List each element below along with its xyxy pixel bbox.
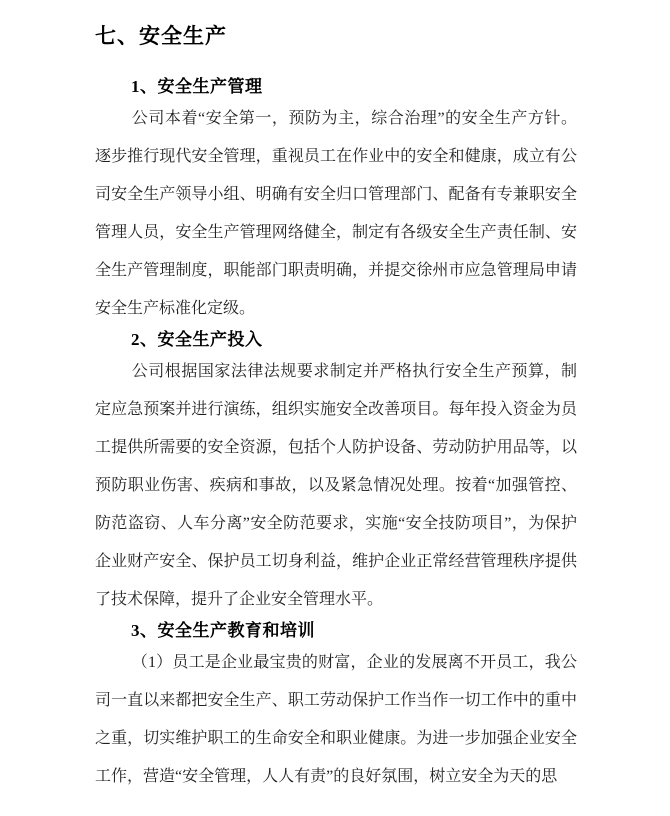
section-1-heading: 1、安全生产管理 <box>131 78 577 96</box>
section-safety-management: 1、安全生产管理 公司本着“安全第一，预防为主，综合治理”的安全生产方针。逐步推… <box>95 78 577 328</box>
section-1-paragraph: 公司本着“安全第一，预防为主，综合治理”的安全生产方针。逐步推行现代安全管理，重… <box>95 100 577 328</box>
section-safety-education: 3、安全生产教育和培训 （1）员工是企业最宝贵的财富，企业的发展离不开员工，我公… <box>95 622 577 796</box>
section-safety-investment: 2、安全生产投入 公司根据国家法律法规要求制定并严格执行安全生产预算，制定应急预… <box>95 331 577 619</box>
page-title: 七、安全生产 <box>95 24 577 50</box>
section-2-heading: 2、安全生产投入 <box>131 331 577 349</box>
document-page: 七、安全生产 1、安全生产管理 公司本着“安全第一，预防为主，综合治理”的安全生… <box>0 0 670 816</box>
section-3-paragraph: （1）员工是企业最宝贵的财富，企业的发展离不开员工，我公司一直以来都把安全生产、… <box>95 644 577 796</box>
section-2-paragraph: 公司根据国家法律法规要求制定并严格执行安全生产预算，制定应急预案并进行演练，组织… <box>95 353 577 619</box>
section-3-heading: 3、安全生产教育和培训 <box>131 622 577 640</box>
